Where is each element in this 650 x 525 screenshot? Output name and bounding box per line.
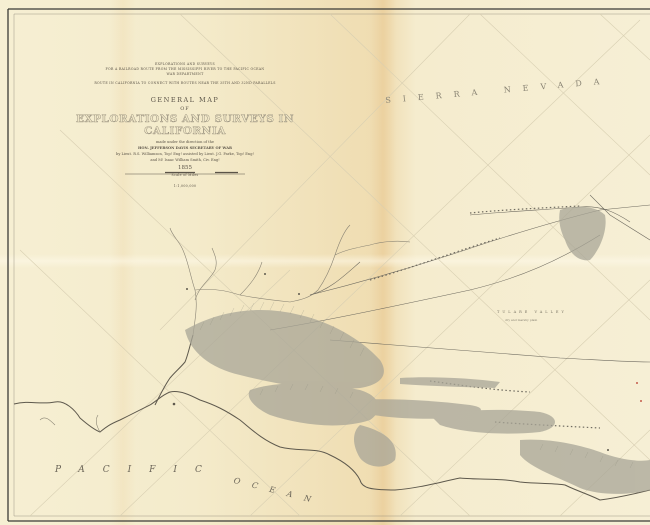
red-marks	[636, 382, 642, 402]
preface-line: WAR DEPARTMENT	[60, 72, 310, 77]
label-tulare-sub: dry and marshy plain	[505, 318, 537, 322]
label-tulare-valley: TULARE VALLEY	[497, 310, 567, 314]
label-pacific: PACIFIC	[55, 465, 220, 475]
map-heading-of: OF	[60, 106, 310, 112]
mountain-hachures	[185, 207, 650, 494]
assistant-line: and M! Isaac William Smith, Civ. Eng!	[60, 157, 310, 163]
scale-label: Scale of Miles	[60, 173, 310, 178]
map-year: 1855	[60, 165, 310, 171]
historical-map: EXPLORATIONS AND SURVEYS FOR A RAILROAD …	[0, 0, 650, 525]
map-title: EXPLORATIONS AND SURVEYS IN CALIFORNIA	[60, 113, 310, 137]
preface-line: ROUTE IN CALIFORNIA TO CONNECT WITH ROUT…	[60, 81, 310, 86]
title-cartouche: EXPLORATIONS AND SURVEYS FOR A RAILROAD …	[60, 62, 310, 189]
scale-sub: 1:1,000,000	[60, 184, 310, 189]
map-heading: GENERAL MAP	[60, 96, 310, 104]
